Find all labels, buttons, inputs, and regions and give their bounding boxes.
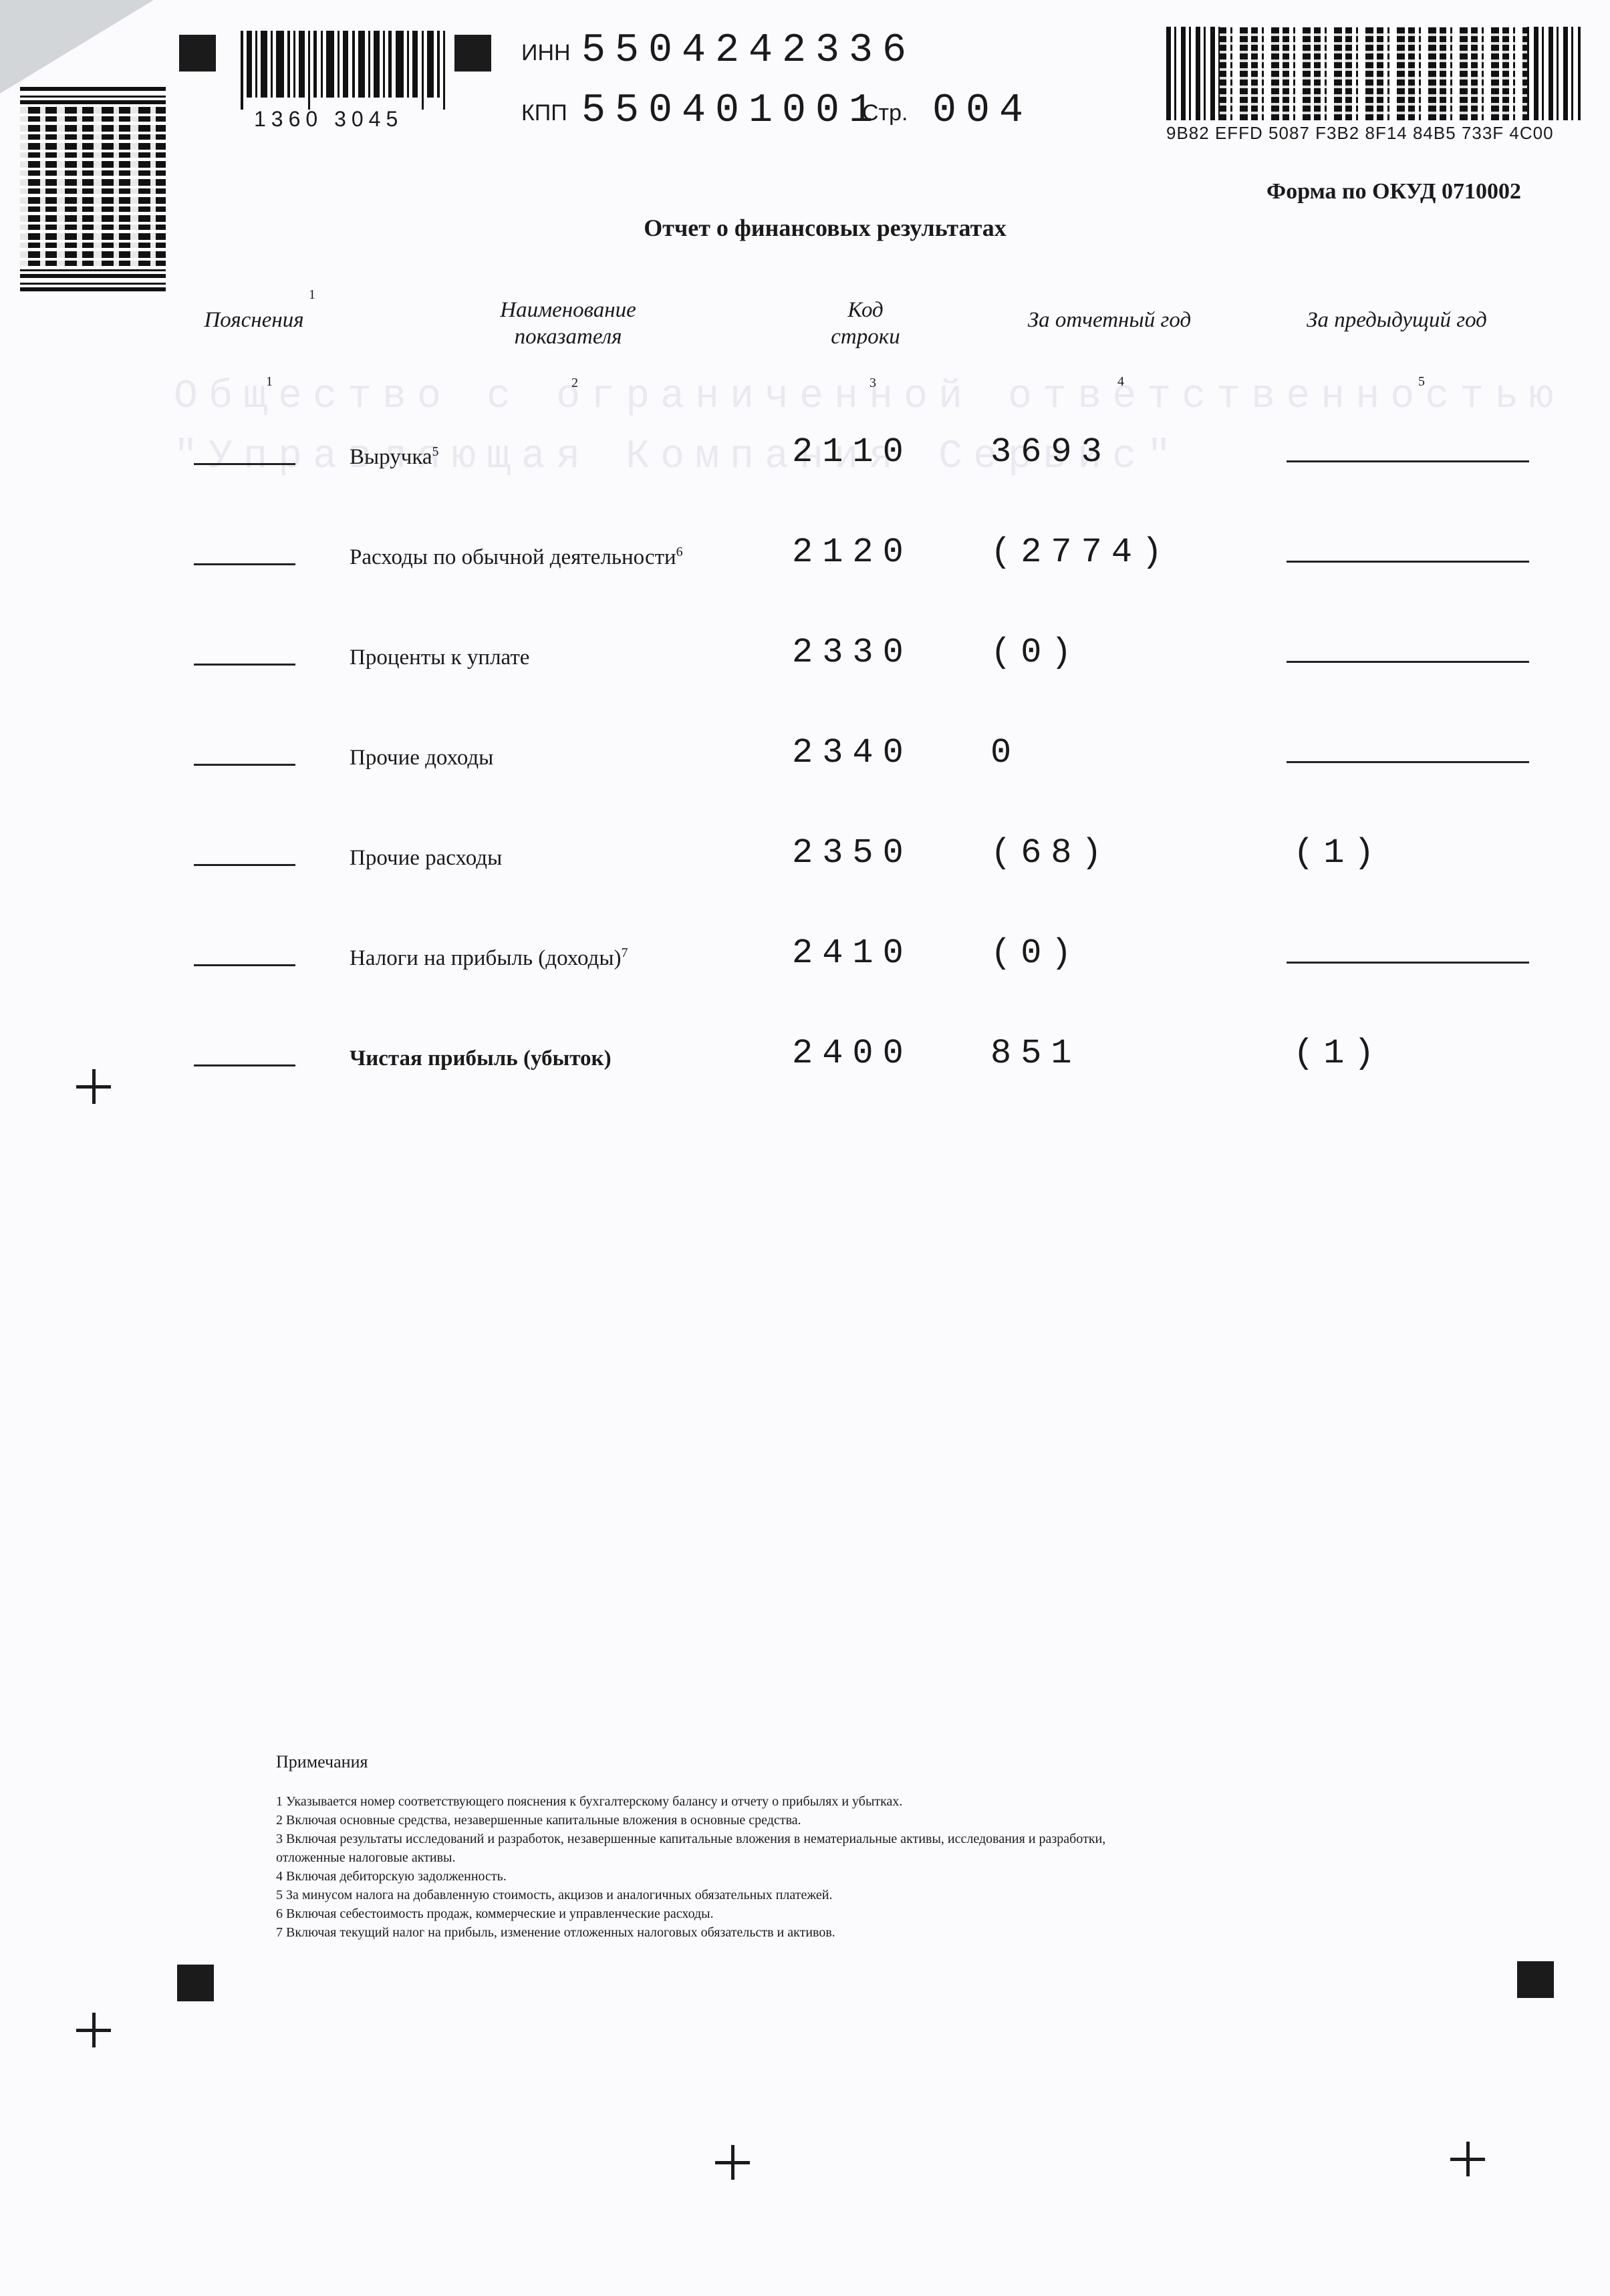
indicator-name: Чистая прибыль (убыток) (350, 1046, 612, 1071)
footnote-ref: 6 (676, 545, 683, 559)
indicator-label: Проценты к уплате (350, 645, 529, 670)
note-item: 7 Включая текущий налог на прибыль, изме… (276, 1923, 1105, 1942)
explanation-dash (194, 964, 295, 966)
explanation-dash (194, 764, 295, 766)
indicator-label: Налоги на прибыль (доходы) (350, 946, 622, 970)
previous-year-dash (1287, 661, 1529, 663)
crosshair-mark (76, 1069, 111, 1104)
column-header-footnote: 1 (309, 287, 315, 303)
kpp-label: КПП (521, 100, 567, 126)
notes-title: Примечания (276, 1752, 368, 1772)
line-code: 2350 (792, 833, 913, 873)
pdf417-barcode (1166, 27, 1581, 120)
reporting-year-value: (0) (990, 934, 1081, 973)
line-code: 2410 (792, 934, 913, 973)
explanation-dash (194, 664, 295, 666)
crosshair-mark (76, 2013, 111, 2047)
indicator-label: Прочие доходы (350, 746, 493, 770)
okud-form-code: Форма по ОКУД 0710002 (1266, 179, 1521, 204)
previous-year-value: (1) (1293, 1034, 1384, 1073)
barcode-hex-code: 9B82 EFFD 5087 F3B2 8F14 84B5 733F 4C00 (1166, 123, 1554, 144)
indicator-label: Прочие расходы (350, 846, 502, 870)
explanation-dash (194, 563, 295, 565)
previous-year-dash (1287, 460, 1529, 462)
column-header-previous-year: За предыдущий год (1283, 307, 1510, 334)
note-item: 4 Включая дебиторскую задолженность. (276, 1867, 1105, 1886)
note-item: 3 Включая результаты исследований и разр… (276, 1830, 1105, 1848)
reporting-year-value: (0) (990, 633, 1081, 672)
column-number: 5 (1418, 374, 1425, 390)
indicator-name: Прочие расходы (350, 845, 502, 871)
column-header-line-code: Код строки (822, 297, 909, 350)
crosshair-mark (715, 2145, 750, 2180)
explanation-dash (194, 1064, 295, 1066)
indicator-name: Выручка5 (350, 444, 439, 470)
inn-value: 5504242336 (581, 28, 916, 74)
reporting-year-value: 3693 (990, 432, 1111, 472)
notes-list: 1 Указывается номер соответствующего поя… (276, 1792, 1105, 1942)
indicator-name: Проценты к уплате (350, 645, 529, 670)
note-item: 5 За минусом налога на добавленную стоим… (276, 1886, 1105, 1904)
report-title: Отчет о финансовых результатах (0, 214, 1610, 242)
column-header-indicator-name: Наименование показателя (468, 297, 668, 350)
indicator-label: Чистая прибыль (убыток) (350, 1046, 612, 1070)
note-item: 6 Включая себестоимость продаж, коммерче… (276, 1904, 1105, 1923)
column-header-explanations: Пояснения (194, 307, 314, 334)
column-number: 2 (571, 376, 578, 391)
line-code: 2340 (792, 733, 913, 772)
indicator-name: Расходы по обычной деятельности6 (350, 545, 683, 570)
indicator-label: Расходы по обычной деятельности (350, 545, 676, 569)
registration-marker (177, 1965, 214, 2001)
crosshair-mark (1450, 2142, 1485, 2176)
reporting-year-value: 0 (990, 733, 1021, 772)
note-item: 1 Указывается номер соответствующего поя… (276, 1792, 1105, 1811)
line-code: 2400 (792, 1034, 913, 1073)
indicator-name: Налоги на прибыль (доходы)7 (350, 946, 628, 971)
reporting-year-value: (68) (990, 833, 1111, 873)
registration-marker (454, 35, 491, 71)
previous-year-dash (1287, 561, 1529, 563)
page-corner-fold (0, 0, 154, 94)
column-header-reporting-year: За отчетный год (1009, 307, 1210, 334)
indicator-name: Прочие доходы (350, 745, 493, 770)
indicator-label: Выручка (350, 445, 432, 469)
column-number: 3 (869, 376, 876, 391)
inn-label: ИНН (521, 40, 571, 66)
column-number: 4 (1117, 374, 1124, 390)
line-code: 2330 (792, 633, 913, 672)
footnote-ref: 7 (622, 946, 628, 960)
barcode-caption: 1360 3045 (254, 107, 403, 132)
page-number: 004 (932, 88, 1033, 134)
note-item: отложенные налоговые активы. (276, 1848, 1105, 1867)
previous-year-value: (1) (1293, 833, 1384, 873)
explanation-dash (194, 864, 295, 866)
footnote-ref: 5 (432, 444, 439, 459)
vertical-2d-barcode (20, 86, 166, 291)
line-code: 2120 (792, 533, 913, 572)
registration-marker (179, 35, 216, 71)
previous-year-dash (1287, 761, 1529, 763)
kpp-value: 550401001 (581, 88, 882, 134)
reporting-year-value: 851 (990, 1034, 1081, 1073)
reporting-year-value: (2774) (990, 533, 1172, 572)
registration-marker (1517, 1961, 1554, 1998)
column-number: 1 (266, 374, 273, 390)
line-code: 2110 (792, 432, 913, 472)
linear-barcode (241, 31, 448, 110)
page-label: Стр. (862, 100, 908, 126)
previous-year-dash (1287, 962, 1529, 964)
note-item: 2 Включая основные средства, незавершенн… (276, 1811, 1105, 1830)
explanation-dash (194, 463, 295, 465)
